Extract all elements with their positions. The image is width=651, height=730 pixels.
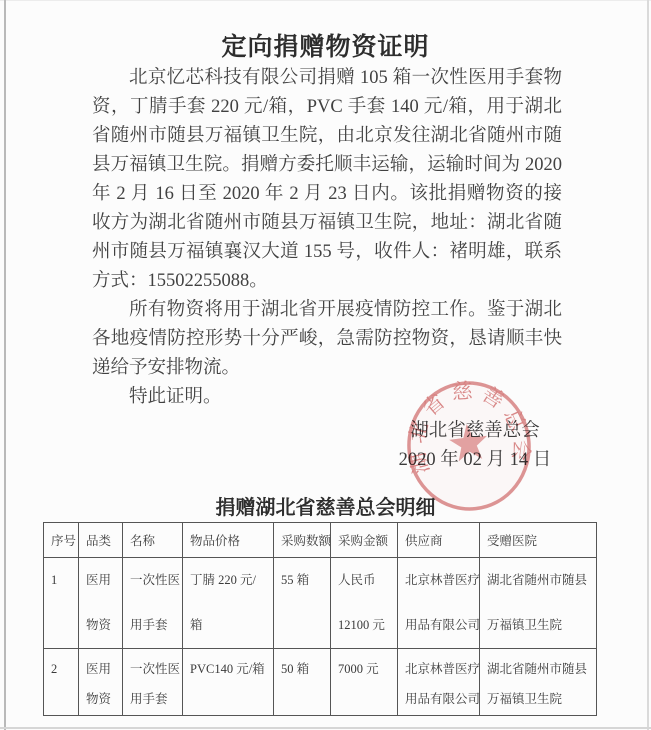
col-header-name: 名称 <box>123 523 183 558</box>
table-title: 捐赠湖北省慈善总会明细 <box>0 491 651 520</box>
donation-detail-table: 序号 品类 名称 物品价格 采购数额 采购金额 供应商 受赠医院 1 医用 物资… <box>43 522 597 716</box>
cell-name: 一次性医 用手套 <box>123 558 183 649</box>
cell-quantity: 50 箱 <box>274 649 331 716</box>
page-title: 定向捐赠物资证明 <box>0 27 651 63</box>
cell-supplier: 北京林普医疗 用品有限公司 <box>398 558 480 649</box>
table-header-row: 序号 品类 名称 物品价格 采购数额 采购金额 供应商 受赠医院 <box>44 523 597 558</box>
cell-price: 丁腈 220 元/ 箱 <box>183 558 274 649</box>
cell-quantity: 55 箱 <box>274 558 331 649</box>
page-border-right <box>647 0 649 730</box>
paragraph-purpose: 所有物资将用于湖北省开展疫情防控工作。鉴于湖北各地疫情防控形势十分严峻，急需防控… <box>92 296 562 383</box>
cell-recipient-hospital: 湖北省随州市随县 万福镇卫生院 <box>480 558 597 649</box>
cell-category: 医用 物资 <box>79 649 123 716</box>
cell-index: 1 <box>44 558 79 649</box>
donation-certificate-document: 定向捐赠物资证明 北京忆芯科技有限公司捐赠 105 箱一次性医用手套物资，丁腈手… <box>0 0 651 730</box>
col-header-index: 序号 <box>44 523 79 558</box>
document-body: 北京忆芯科技有限公司捐赠 105 箱一次性医用手套物资，丁腈手套 220 元/箱… <box>92 64 562 412</box>
cell-amount: 7000 元 <box>331 649 398 716</box>
paragraph-donation-details: 北京忆芯科技有限公司捐赠 105 箱一次性医用手套物资，丁腈手套 220 元/箱… <box>92 64 562 296</box>
table-row: 2 医用 物资 一次性医 用手套 PVC140 元/箱 50 箱 7000 元 … <box>44 649 597 716</box>
col-header-category: 品类 <box>79 523 123 558</box>
col-header-price: 物品价格 <box>183 523 274 558</box>
cell-category: 医用 物资 <box>79 558 123 649</box>
col-header-quantity: 采购数额 <box>274 523 331 558</box>
page-border-top <box>0 0 651 1</box>
cell-price: PVC140 元/箱 <box>183 649 274 716</box>
table-row: 1 医用 物资 一次性医 用手套 丁腈 220 元/ 箱 55 箱 人民币 12… <box>44 558 597 649</box>
signature-org: 湖北省慈善总会 <box>368 417 582 446</box>
page-border-left <box>4 0 6 730</box>
signature-date: 2020 年 02 月 14 日 <box>368 446 582 475</box>
cell-name: 一次性医 用手套 <box>123 649 183 716</box>
col-header-amount: 采购金额 <box>331 523 398 558</box>
paragraph-closing: 特此证明。 <box>92 383 562 412</box>
cell-supplier: 北京林普医疗 用品有限公司 <box>398 649 480 716</box>
col-header-supplier: 供应商 <box>398 523 480 558</box>
cell-index: 2 <box>44 649 79 716</box>
signature-block: 湖北省慈善总会 2020 年 02 月 14 日 <box>368 417 582 475</box>
col-header-recipient-hospital: 受赠医院 <box>480 523 597 558</box>
cell-recipient-hospital: 湖北省随州市随县 万福镇卫生院 <box>480 649 597 716</box>
page-border-bottom <box>0 727 651 729</box>
cell-amount: 人民币 12100 元 <box>331 558 398 649</box>
